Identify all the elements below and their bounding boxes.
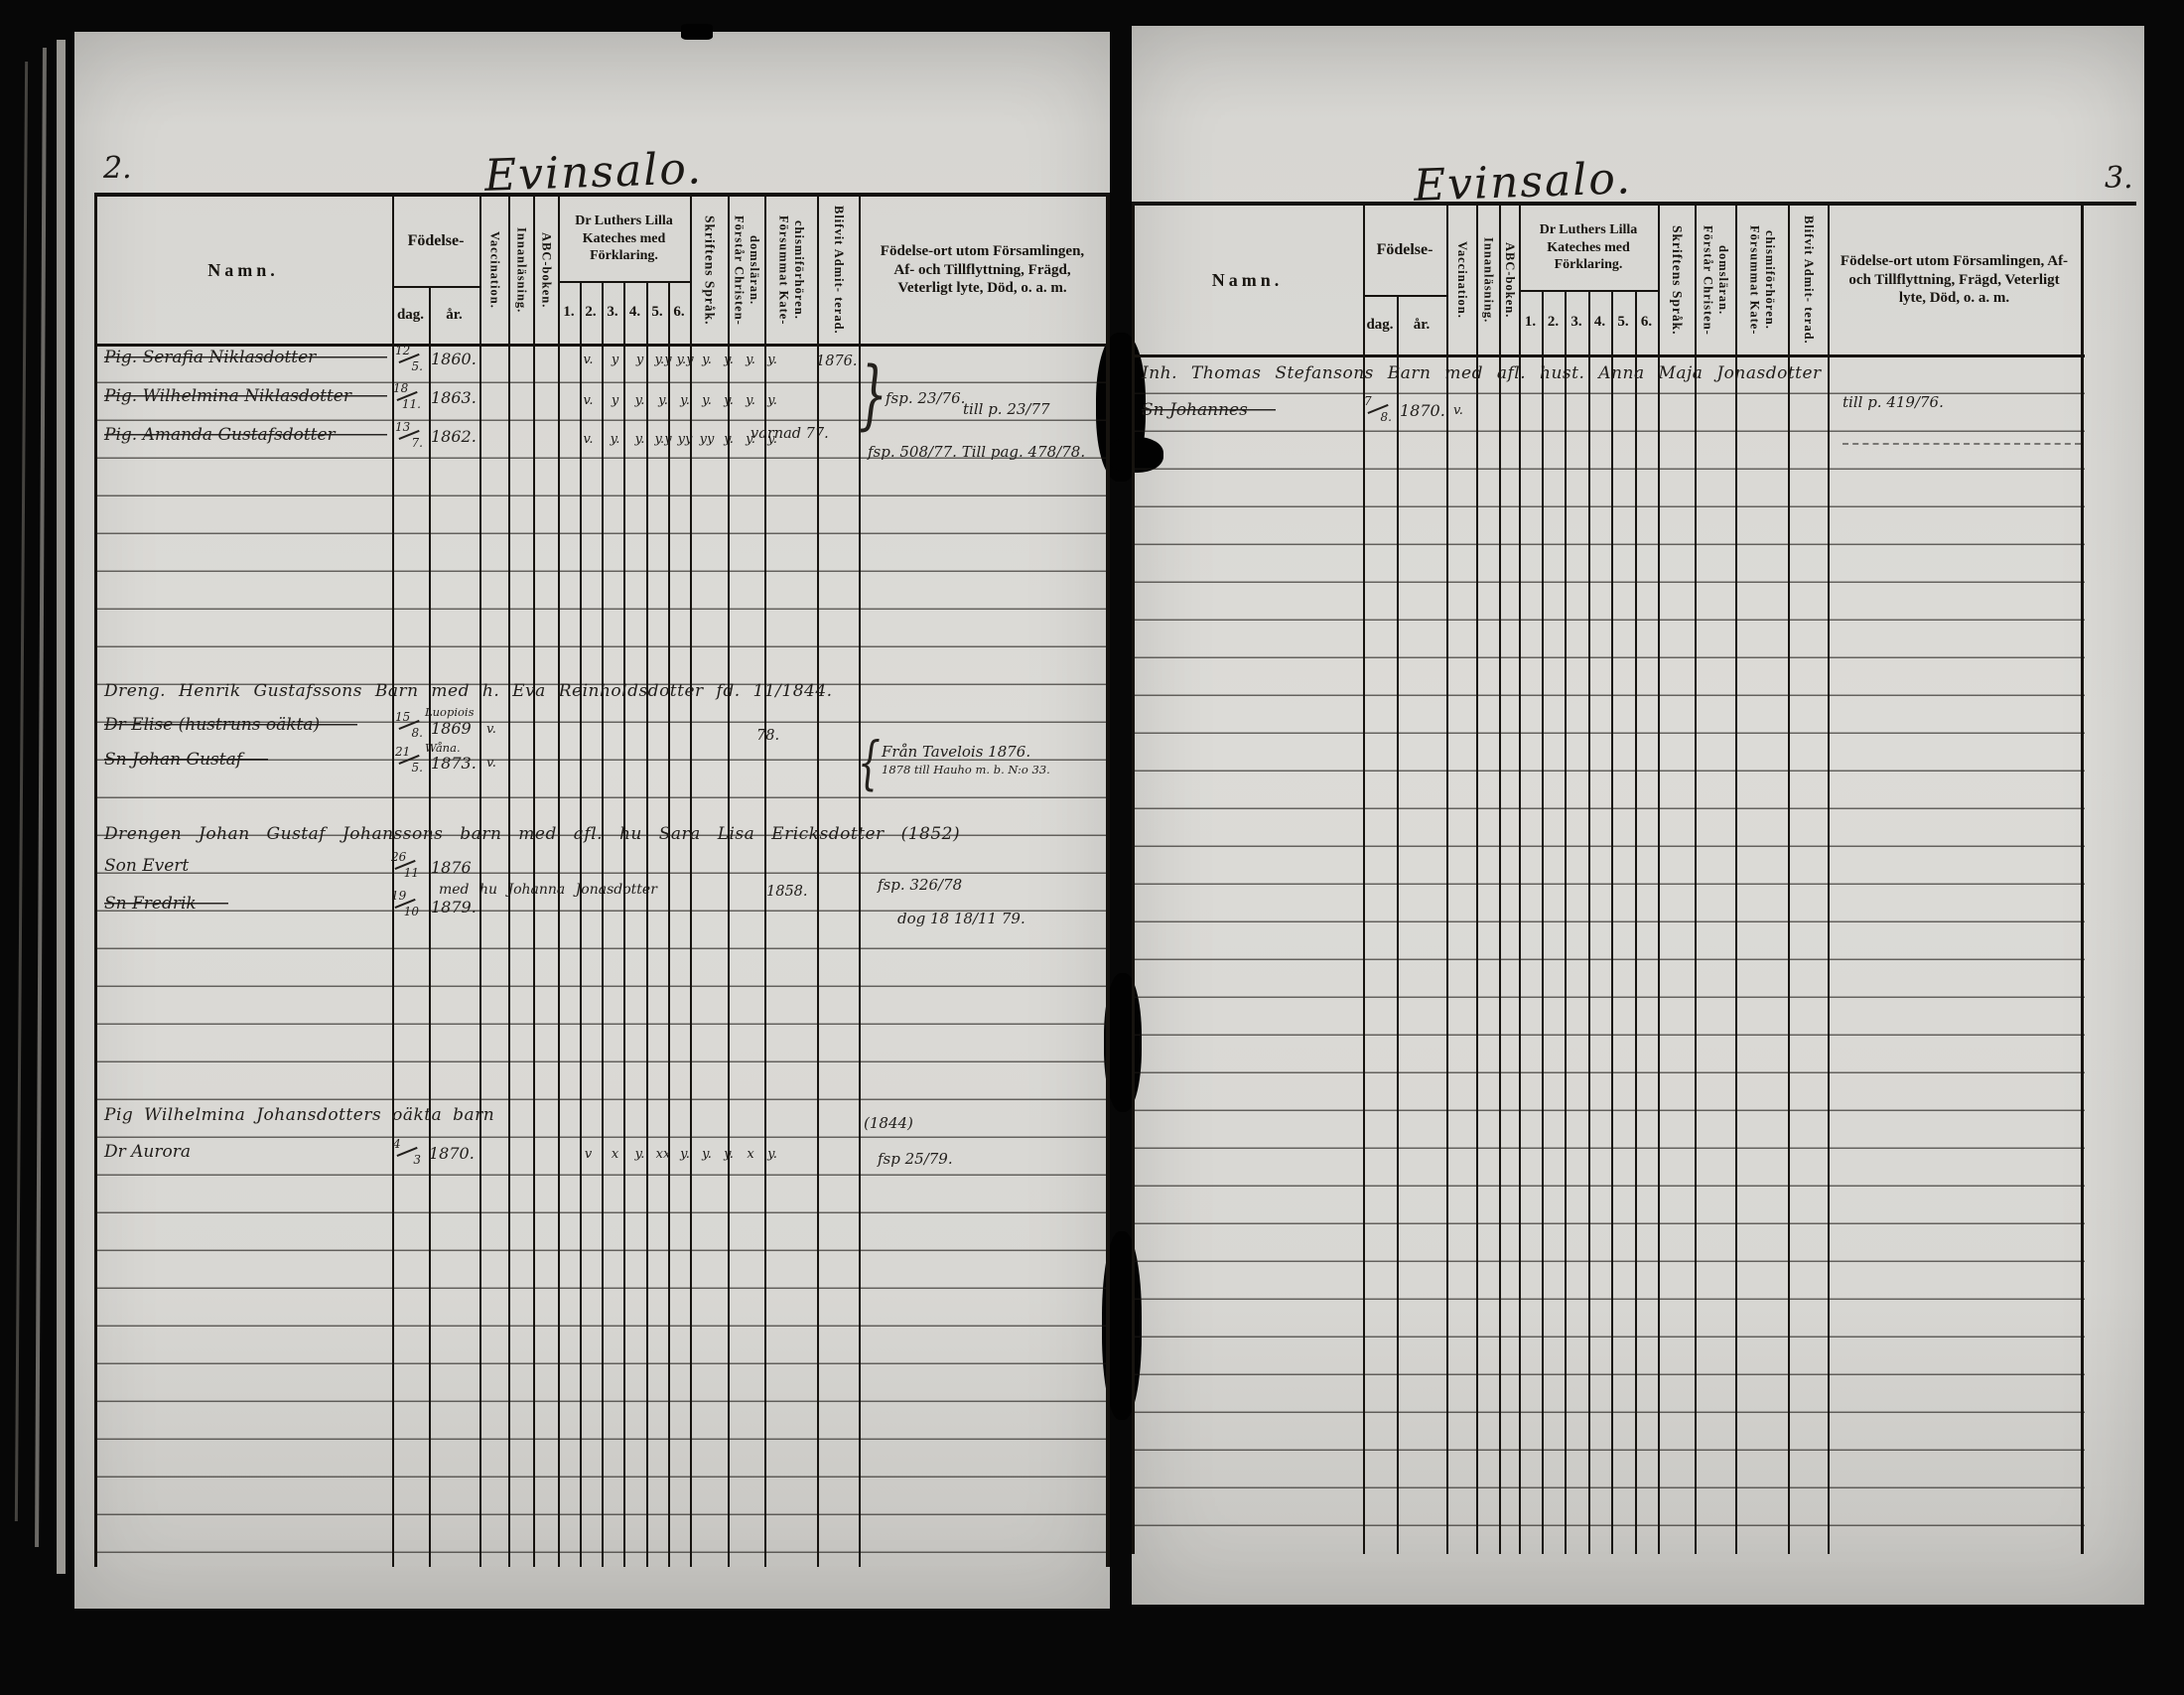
margin-note: Från Tavelois 1876.	[882, 743, 1030, 761]
vaccination-mark: v.	[486, 722, 496, 737]
kateches-subcol-1: 1.	[1519, 290, 1542, 354]
header-rule-line	[94, 344, 1110, 347]
book-spine-edge	[15, 62, 28, 1521]
margin-note: fsp 25/79.	[878, 1150, 953, 1168]
mark: y.	[761, 353, 783, 367]
entry-birth-year: 1869	[431, 719, 472, 738]
subcolumn-line	[1611, 290, 1613, 1554]
mark: y.	[652, 393, 674, 408]
entry-name: Pig. Amanda Gustafsdotter	[104, 425, 387, 445]
mark: y.	[718, 353, 740, 367]
margin-note: dog 18 18/11 79.	[897, 910, 1025, 927]
header-rule-line	[392, 286, 479, 288]
family-header: Drengen Johan Gustaf Johanssons barn med…	[104, 824, 960, 844]
mark: y.	[674, 1147, 696, 1162]
entry-birth-year: 1863.	[431, 388, 477, 407]
entry-birth-year: 1876	[431, 858, 472, 877]
entry-birth-day: 125.	[395, 346, 423, 371]
column-header-innanlasning: Innanläsning.	[508, 197, 533, 344]
book-page-edge	[35, 48, 47, 1547]
entry-name: Pig. Serafia Niklasdotter	[104, 348, 387, 367]
entry-admitted-year: 78.	[756, 728, 779, 744]
mark: x	[740, 1147, 761, 1162]
column-line	[1476, 206, 1478, 1554]
subcolumn-line	[1565, 290, 1567, 1554]
entry-grade-marks: vxy.xxy.y.y.xy.	[574, 1147, 783, 1162]
subcolumn-line	[668, 281, 670, 1567]
column-line	[1106, 197, 1110, 1567]
subcolumn-line	[646, 281, 648, 1567]
column-line	[1499, 206, 1501, 1554]
margin-note: till p. 23/77	[963, 400, 1050, 418]
column-line	[1735, 206, 1737, 1554]
mark: y.	[603, 432, 627, 447]
mark: y.	[674, 393, 696, 408]
entry-birth-day: 1811.	[393, 383, 421, 409]
subcolumn-line	[1542, 290, 1544, 1554]
column-header-fodelse: Födelse-	[1363, 206, 1446, 295]
subcolumn-line	[602, 281, 604, 1567]
ruled-body-rows	[1132, 356, 2085, 1526]
column-header-kateches: Dr Luthers Lilla Kateches med Förklaring…	[1519, 206, 1658, 290]
kateches-subcol-3: 3.	[1565, 290, 1588, 354]
column-line	[2081, 206, 2084, 1554]
mark: y	[627, 353, 652, 367]
mark: v.	[574, 432, 603, 447]
entry-name: Sn Johan Gustaf	[104, 750, 268, 770]
subcolumn-line	[1588, 290, 1590, 1554]
column-header-namn: Namn.	[1132, 206, 1363, 354]
column-line	[1132, 206, 1135, 1554]
mark: y.	[740, 353, 761, 367]
faded-note-line	[1843, 443, 2081, 445]
header-rule-line	[1519, 290, 1658, 292]
column-header-abc-boken: ABC-boken.	[1499, 206, 1519, 354]
column-header-ar: år.	[429, 286, 479, 344]
column-line	[1828, 206, 1830, 1554]
mark: y.	[627, 432, 652, 447]
column-header-skriftens-sprak: Skriftens Språk.	[690, 197, 728, 344]
mark: xx	[652, 1147, 674, 1162]
column-header-skriftens-sprak: Skriftens Språk.	[1658, 206, 1695, 354]
entry-birth-year: 1870.	[429, 1144, 475, 1163]
entry-birth-day: 78.	[1364, 396, 1392, 422]
mark: x	[603, 1147, 627, 1162]
mark: y.	[761, 1147, 783, 1162]
mark: yy	[674, 432, 696, 447]
entry-birth-year: 1860.	[431, 350, 477, 368]
top-rule-extension	[2085, 202, 2136, 206]
entry-admitted-year: 1876.	[816, 353, 858, 369]
entry-birth-day: 215.	[395, 747, 423, 773]
inline-note-year: 1858.	[766, 884, 808, 900]
column-header-forstar-christendomslaran: Förstår Christen- domsläran.	[1695, 206, 1735, 354]
entry-birth-place: Wåna.	[425, 741, 461, 755]
left-page-number: 2.	[103, 151, 132, 186]
kateches-subcol-4: 4.	[1588, 290, 1611, 354]
column-line	[1695, 206, 1697, 1554]
column-header-vaccination: Vaccination.	[479, 197, 508, 344]
margin-note: (1844)	[864, 1114, 913, 1132]
mark: y.	[718, 1147, 740, 1162]
family-header: Pig Wilhelmina Johansdotters oäkta barn	[104, 1105, 494, 1125]
kateches-subcol-6: 6.	[668, 281, 690, 344]
column-line	[817, 197, 819, 1567]
dag-ar-divider-line	[429, 286, 431, 1567]
column-line	[1519, 206, 1521, 1554]
kateches-subcol-2: 2.	[580, 281, 602, 344]
column-header-abc-boken: ABC-boken.	[533, 197, 558, 344]
kateches-subcol-6: 6.	[1635, 290, 1658, 354]
column-header-notes: Födelse-ort utom Församlingen, Af- och T…	[1828, 206, 2081, 354]
column-header-blifvit-admitterad: Blifvit Admit- terad.	[1788, 206, 1828, 354]
entry-grade-marks: v.yyy.yy.yy.y.y.y.	[574, 353, 783, 367]
note-brace: }	[858, 350, 887, 438]
mark: y	[603, 353, 627, 367]
column-line	[94, 197, 97, 1567]
entry-name: Sn Fredrik	[104, 894, 228, 914]
column-line	[1658, 206, 1660, 1554]
entry-birth-year: 1862.	[431, 427, 477, 446]
entry-name: Sn Johannes	[1142, 400, 1276, 420]
entry-grade-marks: v.yy.y.y.y.y.y.y.	[574, 393, 783, 408]
header-rule-line	[1132, 354, 2085, 357]
dag-ar-divider-line	[1397, 295, 1399, 1554]
vaccination-mark: v.	[1453, 403, 1463, 418]
subcolumn-line	[580, 281, 582, 1567]
column-header-forsummat-katechismiforhoren: Försummat Kate- chismiförhören.	[764, 197, 817, 344]
column-header-forsummat-katechismiforhoren: Försummat Kate- chismiförhören.	[1735, 206, 1788, 354]
margin-note: fsp. 508/77. Till pag. 478/78.	[868, 443, 1085, 461]
margin-note: till p. 419/76.	[1843, 393, 1944, 411]
margin-note: fsp. 326/78	[878, 876, 962, 894]
margin-note: 1878 till Hauho m. b. N:o 33.	[882, 763, 1050, 777]
subcolumn-line	[623, 281, 625, 1567]
column-header-forstar-christendomslaran: Förstår Christen- domsläran.	[728, 197, 764, 344]
mark: y	[603, 393, 627, 408]
mark: y.	[627, 1147, 652, 1162]
mark: y.y	[674, 353, 696, 367]
kateches-subcol-1: 1.	[558, 281, 580, 344]
column-header-vaccination: Vaccination.	[1446, 206, 1476, 354]
column-header-dag: dag.	[1363, 295, 1397, 354]
mark: v	[574, 1147, 603, 1162]
book-page-edge	[57, 40, 66, 1574]
mark: y.	[696, 393, 718, 408]
mark: v.	[574, 353, 603, 367]
kateches-subcol-4: 4.	[623, 281, 646, 344]
column-header-blifvit-admitterad: Blifvit Admit- terad.	[817, 197, 859, 344]
mark: y.y	[652, 432, 674, 447]
column-header-namn: Namn.	[94, 197, 392, 344]
entry-birth-place: Luopiois	[425, 705, 475, 719]
mark: y.	[696, 353, 718, 367]
top-edge-notch	[681, 24, 713, 40]
mark: y.	[761, 393, 783, 408]
entry-name: Dr Aurora	[104, 1142, 191, 1162]
entry-birth-year: 1870.	[1400, 401, 1445, 420]
entry-birth-year: 1873.	[431, 754, 477, 773]
mark: y.	[696, 1147, 718, 1162]
column-header-notes: Födelse-ort utom Församlingen, Af- och T…	[859, 197, 1106, 344]
entry-warned-note: varnad 77.	[751, 426, 829, 442]
margin-note: fsp. 23/76.	[886, 389, 965, 407]
family-header: Inh. Thomas Stefansons Barn med afl. hus…	[1142, 363, 1822, 383]
entry-birth-day: 158.	[395, 712, 423, 738]
inline-note: med hu Johanna Jonasdotter	[439, 882, 657, 898]
vaccination-mark: v.	[486, 756, 496, 771]
mark: y.	[718, 393, 740, 408]
kateches-subcol-2: 2.	[1542, 290, 1565, 354]
kateches-subcol-5: 5.	[646, 281, 668, 344]
mark: y.	[740, 393, 761, 408]
mark: y.	[627, 393, 652, 408]
column-header-ar: år.	[1397, 295, 1446, 354]
column-header-innanlasning: Innanläsning.	[1476, 206, 1499, 354]
mark: y.y	[652, 353, 674, 367]
entry-birth-day: 1910	[391, 891, 419, 917]
entry-birth-day: 2611	[391, 852, 419, 878]
kateches-subcol-3: 3.	[602, 281, 623, 344]
column-line	[1446, 206, 1448, 1554]
entry-name: Pig. Wilhelmina Niklasdotter	[104, 386, 387, 406]
kateches-subcol-5: 5.	[1611, 290, 1635, 354]
entry-name: Dr Elise (hustruns oäkta)	[104, 715, 357, 735]
right-page-number: 3.	[2105, 161, 2133, 196]
column-header-dag: dag.	[392, 286, 429, 344]
mark: y.	[718, 432, 740, 447]
column-header-kateches: Dr Luthers Lilla Kateches med Förklaring…	[558, 197, 690, 281]
header-rule-line	[558, 281, 690, 283]
mark: yy	[696, 432, 718, 447]
note-brace: {	[858, 729, 881, 796]
mark: v.	[574, 393, 603, 408]
entry-birth-year: 1879.	[431, 898, 477, 917]
entry-name: Son Evert	[104, 856, 189, 876]
header-rule-line	[1363, 295, 1446, 297]
family-header: Dreng. Henrik Gustafssons Barn med h. Ev…	[104, 681, 833, 701]
column-line	[1788, 206, 1790, 1554]
entry-birth-day: 43	[393, 1139, 421, 1165]
column-header-fodelse: Födelse-	[392, 197, 479, 286]
subcolumn-line	[1635, 290, 1637, 1554]
entry-birth-day: 137.	[395, 422, 423, 448]
